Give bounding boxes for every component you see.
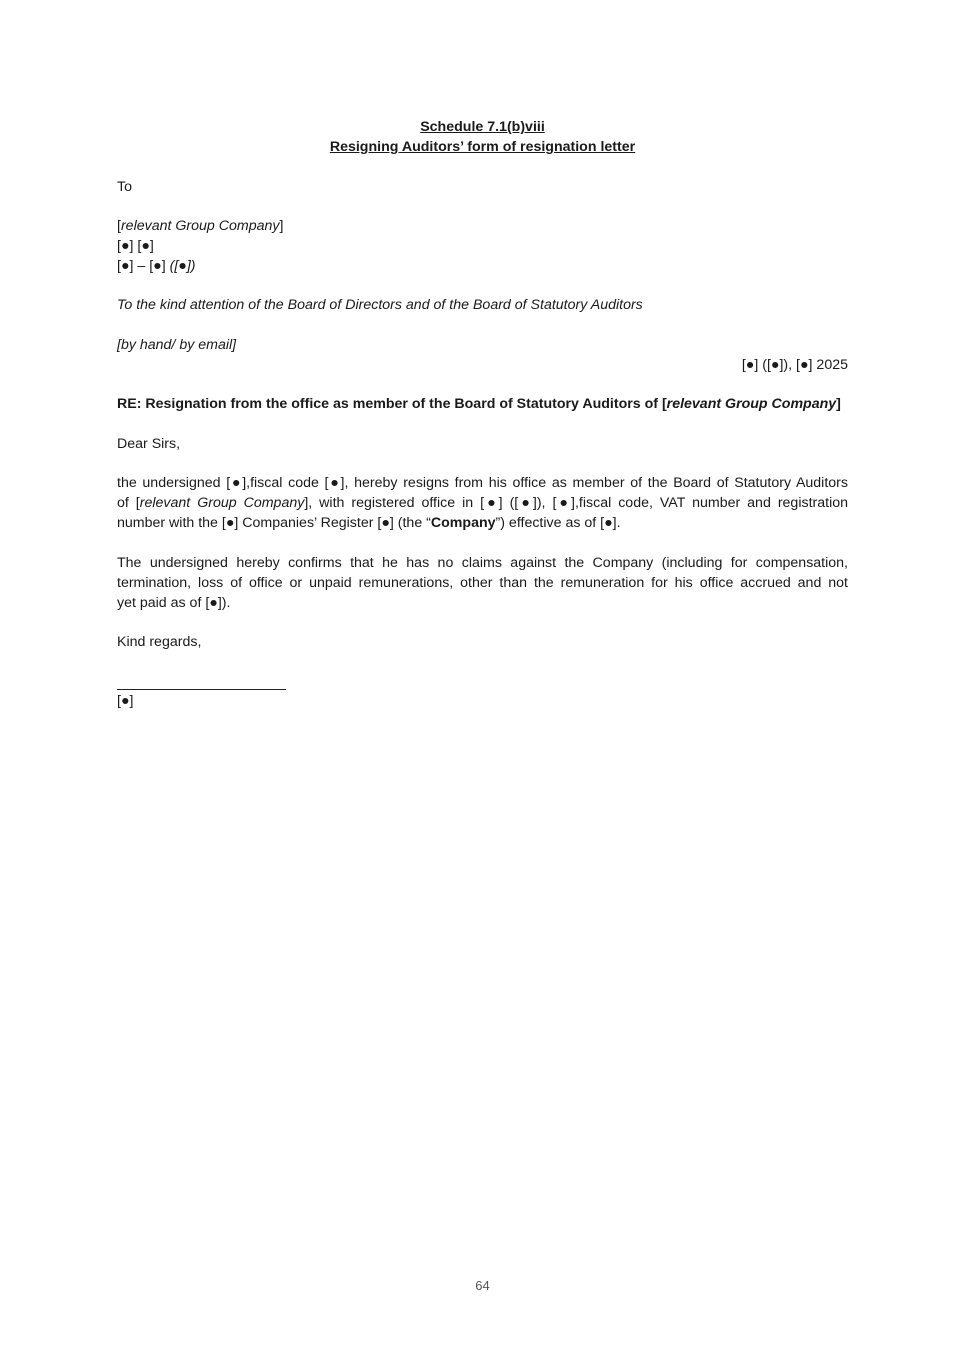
- addressee-company-name: relevant Group Company: [121, 218, 280, 234]
- addressee-line-3: [●] – [●] ([●]): [117, 256, 196, 276]
- paragraph-resignation-line-1: the undersigned [●],fiscal code [●], her…: [117, 473, 848, 493]
- schedule-heading: Schedule 7.1(b)viii: [117, 117, 848, 137]
- date-line: [●] ([●]), [●] 2025: [742, 355, 848, 375]
- paragraph-resignation-line-3: number with the [●] Companies’ Register …: [117, 513, 848, 533]
- page-number: 64: [0, 1276, 965, 1296]
- greeting: Dear Sirs,: [117, 434, 180, 454]
- addressee-company: [relevant Group Company]: [117, 216, 283, 236]
- paragraph-resignation-line-2: of [relevant Group Company], with regist…: [117, 493, 848, 513]
- salutation-to: To: [117, 177, 132, 197]
- attention-line: To the kind attention of the Board of Di…: [117, 295, 643, 315]
- delivery-method: [by hand/ by email]: [117, 335, 236, 355]
- addressee-line-3-part: [●] – [●]: [117, 258, 170, 274]
- subject-line: RE: Resignation from the office as membe…: [117, 394, 841, 414]
- text-run: ”) effective as of [●].: [496, 515, 621, 531]
- defined-term-company: Company: [431, 515, 496, 531]
- paragraph-no-claims-line-3: yet paid as of [●]).: [117, 593, 848, 613]
- closing: Kind regards,: [117, 632, 201, 652]
- signatory-name: [●]: [117, 691, 133, 711]
- text-run: number with the [●] Companies’ Register …: [117, 515, 431, 531]
- paragraph-resignation: the undersigned [●],fiscal code [●], her…: [117, 473, 848, 533]
- addressee-line-2: [●] [●]: [117, 236, 154, 256]
- signature-line: [117, 689, 286, 690]
- text-run: ], with registered office in [●] ([●]), …: [304, 495, 848, 511]
- subject-prefix: RE: Resignation from the office as membe…: [117, 396, 667, 412]
- paragraph-no-claims: The undersigned hereby confirms that he …: [117, 553, 848, 613]
- paragraph-no-claims-line-1: The undersigned hereby confirms that he …: [117, 553, 848, 573]
- paragraph-company-name: relevant Group Company: [140, 495, 305, 511]
- subject-suffix: ]: [836, 396, 841, 412]
- paragraph-no-claims-line-2: termination, loss of office or unpaid re…: [117, 573, 848, 593]
- schedule-subtitle: Resigning Auditors’ form of resignation …: [117, 137, 848, 157]
- text-run: of [: [117, 495, 140, 511]
- addressee-line-3-province: ([●]): [170, 258, 196, 274]
- subject-company: relevant Group Company: [667, 396, 837, 412]
